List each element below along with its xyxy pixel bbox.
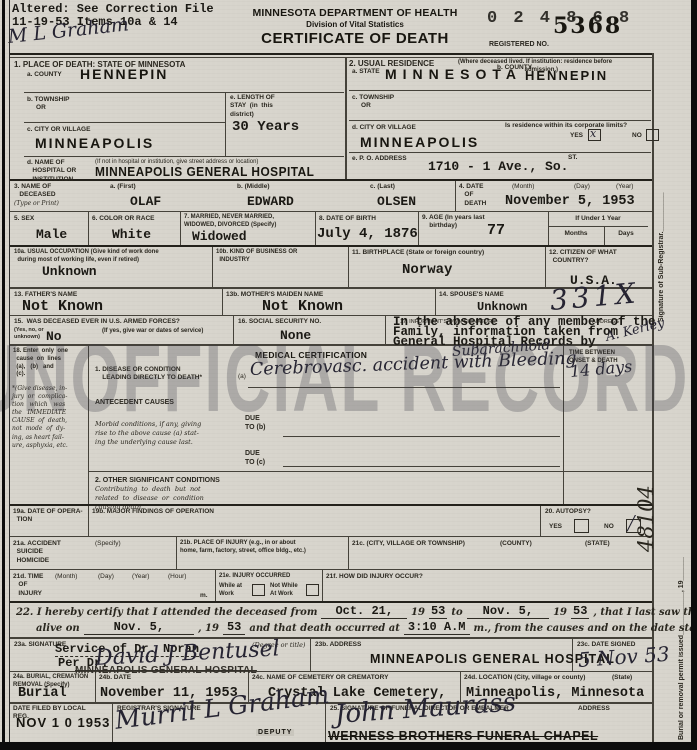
under-one-year-label: If Under 1 Year	[548, 215, 648, 223]
autopsy-yes-checkbox	[574, 519, 589, 533]
residence-city-value: MINNEAPOLIS	[360, 134, 479, 150]
birthplace-label: 11. BIRTHPLACE (State or foreign country…	[352, 249, 484, 257]
limits-no-checkbox	[646, 129, 659, 141]
rule	[10, 702, 652, 704]
deputy-stamp: DEPUTY	[256, 729, 294, 736]
antecedent-causes-label: ANTECEDENT CAUSES	[95, 398, 174, 407]
date-signed-handwritten: 5 Nov 53	[577, 642, 670, 672]
hospital-label: d. NAME OF HOSPITAL OR INSTITUTION	[27, 159, 76, 184]
attended-to-year: 53	[571, 604, 589, 619]
residence-city-label: d. CITY OR VILLAGE	[352, 124, 416, 132]
injury-city-label: 21c. (CITY, VILLAGE OR TOWNSHIP)	[352, 540, 465, 548]
race-value: White	[112, 227, 151, 242]
mother-name-value: Not Known	[262, 298, 343, 315]
state-label: a. STATE	[352, 68, 380, 76]
armed-forces-value: No	[46, 329, 62, 344]
county-value: HENNEPIN	[80, 66, 168, 82]
rule	[455, 181, 456, 211]
spouse-handwritten-number: 331X	[549, 276, 641, 317]
days-label: Days	[604, 230, 648, 238]
city-label: c. CITY OR VILLAGE	[27, 126, 90, 134]
corporate-limits-question: Is residence within its corporate limits…	[505, 122, 627, 130]
injury-hour-label: (Hour)	[168, 573, 186, 581]
attended-from-year: 53	[429, 604, 447, 619]
attended-from-date: Oct. 21,	[321, 604, 407, 619]
funeral-director-address-label: ADDRESS	[578, 705, 610, 713]
first-name-label: a. (First)	[110, 183, 136, 191]
rule	[10, 211, 652, 212]
ssn-value: None	[280, 328, 311, 343]
time-of-injury-label: 21d. TIME OF INJURY	[13, 573, 43, 598]
months-label: Months	[548, 230, 604, 238]
date-of-death-value: November 5, 1953	[505, 194, 635, 209]
hospital-value: MINNEAPOLIS GENERAL HOSPITAL	[95, 165, 314, 179]
rule	[88, 471, 652, 472]
division-name: Division of Vital Statistics	[230, 20, 480, 29]
rule	[385, 316, 386, 344]
county-label: a. COUNTY	[27, 71, 62, 79]
rule	[545, 247, 546, 287]
rule	[176, 537, 177, 569]
disease-condition-label: 1. DISEASE OR CONDITION LEADING DIRECTLY…	[95, 366, 202, 383]
rule	[248, 387, 560, 388]
sex-value: Male	[36, 227, 67, 242]
rule	[222, 289, 223, 316]
burial-location-label: 24d. LOCATION (City, village or county)	[464, 674, 585, 682]
rule	[10, 601, 652, 603]
certify-text: , that I last saw the deceased	[593, 606, 697, 620]
injury-county-label: (COUNTY)	[500, 540, 532, 548]
rule	[180, 212, 181, 245]
street-abbr-label: ST.	[568, 154, 577, 162]
rule	[95, 672, 96, 702]
rule	[315, 212, 316, 245]
rule	[348, 247, 349, 287]
rule	[88, 345, 89, 504]
length-of-stay-value: 30 Years	[232, 119, 299, 135]
injury-occurred-label: 21e. INJURY OCCURRED	[219, 573, 290, 581]
marital-status-value: Widowed	[192, 229, 247, 244]
armed-forces-note: (If yes, give war or dates of service)	[102, 328, 203, 336]
rule	[24, 122, 225, 123]
burial-value: Burial	[18, 686, 67, 701]
rule	[283, 466, 560, 467]
not-at-work-label: Not While At Work	[270, 583, 298, 599]
rule	[212, 247, 213, 287]
bottom-border	[0, 742, 697, 750]
due-to-c-label: DUE TO (c)	[245, 449, 265, 467]
sub-registrar-signature-label: Signature of Sub-Registrar.__________	[658, 62, 665, 322]
autopsy-yes-label: YES	[549, 523, 562, 531]
rule	[349, 120, 651, 121]
armed-forces-sub-label: (Yes, no, or unknown)	[14, 327, 44, 341]
type-or-print-label: (Type or Print)	[14, 200, 59, 208]
place-of-injury-label: 21b. PLACE OF INJURY (e.g., in or about …	[180, 540, 306, 556]
armed-forces-label: 15. WAS DECEASED EVER IN U.S. ARMED FORC…	[14, 318, 180, 326]
ssn-label: 16. SOCIAL SECURITY NO.	[238, 318, 321, 326]
father-name-value: Not Known	[22, 298, 103, 315]
last-seen-date: Nov. 5,	[84, 620, 194, 635]
rule	[10, 57, 652, 58]
rule	[540, 506, 541, 536]
registered-no-label: REGISTERED NO.	[489, 40, 549, 49]
injury-m-label: m.	[200, 592, 208, 600]
certify-text: 19	[411, 606, 425, 620]
immediate-cause-note: *(Give disease, in- jury or complica- ti…	[12, 385, 68, 450]
certify-text: m., from the causes and on the date stat…	[474, 622, 697, 636]
attended-to-date: Nov. 5,	[467, 604, 549, 619]
department-name: MINNESOTA DEPARTMENT OF HEALTH	[230, 7, 480, 19]
burial-permit-number-handwritten: 48104	[634, 452, 658, 552]
rule	[283, 436, 560, 437]
injury-month-label: (Month)	[55, 573, 77, 581]
death-month-label: (Month)	[512, 183, 534, 191]
city-value: MINNEAPOLIS	[35, 135, 154, 151]
rule	[349, 90, 651, 91]
funeral-chapel-typed: WERNESS BROTHERS FUNERAL CHAPEL	[328, 729, 598, 743]
birthplace-value: Norway	[402, 262, 452, 278]
rule	[233, 316, 234, 344]
residence-county-value: HENNEPIN	[525, 68, 608, 83]
due-to-b-label: DUE TO (b)	[245, 414, 265, 432]
rule	[10, 569, 652, 570]
occupation-value: Unknown	[42, 264, 97, 279]
death-year-label: (Year)	[616, 183, 633, 191]
rule	[225, 92, 226, 156]
rule	[348, 537, 349, 569]
certify-text: , 19	[198, 622, 219, 636]
middle-name-value: EDWARD	[247, 194, 294, 209]
po-address-value: 1710 - 1 Ave., So.	[428, 159, 568, 174]
right-border	[691, 0, 697, 750]
rule	[349, 152, 651, 153]
while-at-work-checkbox	[252, 584, 265, 596]
death-certificate-document: UNOFFICIAL RECORD Altered: See Correctio…	[0, 0, 697, 750]
rule	[418, 212, 419, 245]
burial-permit-label: Burial or removal permit issued_________…	[678, 368, 685, 740]
rule	[652, 53, 654, 742]
time-of-death-value: 3:10 A.M	[404, 620, 470, 635]
autopsy-no-mark: ╱	[627, 516, 635, 532]
rule	[10, 179, 652, 181]
middle-name-label: b. (Middle)	[237, 183, 270, 191]
rule	[88, 506, 89, 536]
rule	[24, 92, 344, 93]
onset-duration-handwritten: 14 days	[569, 357, 633, 381]
date-of-operation-label: 19a. DATE OF OPERA- TION	[13, 508, 83, 525]
physician-address-label: 23b. ADDRESS	[315, 641, 361, 649]
last-seen-year: 53	[223, 620, 245, 635]
not-at-work-checkbox	[306, 584, 319, 596]
township-label: b. TOWNSHIP OR	[27, 96, 70, 113]
cause-instructions-label: 18. Enter only one cause on lines (a), (…	[13, 348, 68, 379]
po-address-label: e. P. O. ADDRESS	[352, 155, 407, 163]
marital-status-label: 7. MARRIED, NEVER MARRIED, WIDOWED, DIVO…	[184, 214, 276, 230]
injury-state-label: (STATE)	[585, 540, 610, 548]
serial-number: 5368	[553, 13, 622, 39]
rule	[24, 156, 344, 157]
certify-statement-line1: 22. I hereby certify that I attended the…	[16, 604, 697, 619]
race-label: 6. COLOR OR RACE	[92, 215, 154, 223]
citizen-label: 12. CITIZEN OF WHAT COUNTRY?	[549, 249, 617, 266]
autopsy-label: 20. AUTOPSY?	[545, 508, 591, 516]
residence-township-label: c. TOWNSHIP OR	[352, 94, 394, 111]
certify-text: 19	[553, 606, 567, 620]
certify-statement-line2: alive on Nov. 5, , 19 53 and that death …	[36, 620, 697, 635]
morbid-conditions-note: Morbid conditions, if any, giving rise t…	[95, 420, 201, 446]
name-of-deceased-label: 3. NAME OF DECEASED	[14, 183, 56, 200]
while-at-work-label: While at Work	[219, 583, 242, 599]
certify-text: 22. I hereby certify that I attended the…	[16, 606, 317, 620]
major-findings-label: 19b. MAJOR FINDINGS OF OPERATION	[92, 508, 214, 516]
spouse-name-label: 14. SPOUSE'S NAME	[439, 291, 504, 299]
how-injury-occurred-label: 21f. HOW DID INJURY OCCUR?	[326, 573, 423, 581]
rule	[88, 212, 89, 245]
date-of-birth-value: July 4, 1876	[317, 226, 418, 242]
certify-text: alive on	[36, 622, 80, 636]
death-day-label: (Day)	[574, 183, 590, 191]
age-value: 77	[487, 222, 505, 239]
limits-yes-label: YES	[570, 132, 583, 140]
date-of-birth-label: 8. DATE OF BIRTH	[319, 215, 376, 223]
left-border-outer	[2, 0, 5, 750]
age-label: 9. AGE (In years last birthday)	[422, 214, 485, 231]
state-value: MINNESOTA	[385, 66, 522, 82]
limits-yes-mark: x	[590, 127, 596, 140]
injury-year-label: (Year)	[132, 573, 149, 581]
specify-label: (Specify)	[95, 540, 121, 548]
certify-text: and that death occurred at	[249, 622, 400, 636]
length-of-stay-label: e. LENGTH OF STAY (in this district)	[230, 94, 275, 119]
burial-location-state-label: (State)	[612, 674, 632, 682]
other-conditions-label: 2. OTHER SIGNIFICANT CONDITIONS	[95, 476, 220, 485]
industry-label: 10b. KIND OF BUSINESS OR INDUSTRY	[216, 249, 297, 265]
date-filed-stamp: NOV 1 0 1953	[16, 715, 110, 730]
injury-day-label: (Day)	[98, 573, 114, 581]
left-border-inner	[9, 0, 10, 750]
occupation-label: 10a. USUAL OCCUPATION (Give kind of work…	[14, 249, 159, 265]
rule	[10, 53, 652, 55]
accident-suicide-homicide-label: 21a. ACCIDENT SUICIDE HOMICIDE	[13, 540, 61, 565]
spouse-name-value: Unknown	[477, 300, 527, 314]
certify-text: to	[451, 606, 462, 620]
line-a-label: (a)	[238, 373, 246, 381]
rule	[10, 536, 652, 537]
rule	[10, 245, 652, 247]
first-name-value: OLAF	[130, 194, 161, 209]
last-name-value: OLSEN	[377, 194, 416, 209]
rule	[548, 226, 648, 227]
certificate-title: CERTIFICATE OF DEATH	[230, 30, 480, 47]
last-name-label: c. (Last)	[370, 183, 395, 191]
rule	[435, 289, 436, 316]
rule	[10, 637, 652, 639]
sex-label: 5. SEX	[14, 215, 34, 223]
rule	[345, 57, 347, 179]
rule	[310, 638, 311, 671]
autopsy-no-label: NO	[604, 523, 614, 531]
date-of-death-label: 4. DATE OF DEATH	[459, 183, 486, 208]
limits-no-label: NO	[632, 132, 642, 140]
rule	[322, 570, 323, 601]
rule	[215, 570, 216, 601]
